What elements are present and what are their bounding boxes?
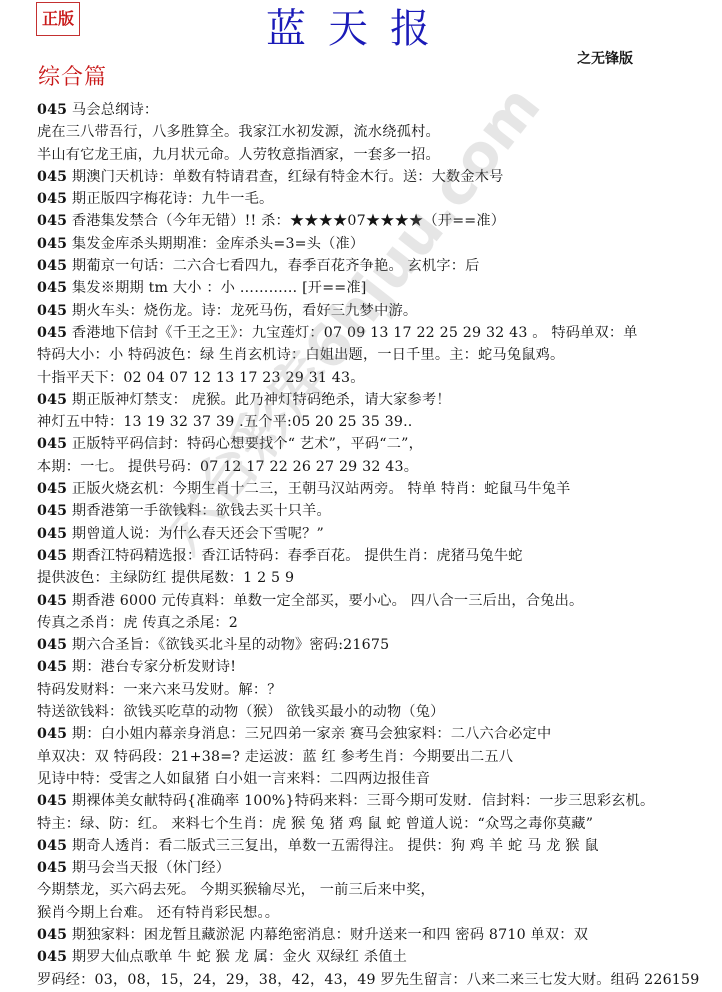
issue-number: 045	[37, 102, 67, 118]
issue-number: 045	[37, 593, 67, 609]
issue-number: 045	[37, 726, 67, 742]
text-line: 045 期裸体美女献特码{准确率 100%}特码来料：三哥今期可发财．信封料：一…	[37, 790, 717, 812]
text-line: 045 正版火烧玄机：今期生肖十二三，王朝马汉站两旁。 特单 特肖：蛇鼠马牛兔羊	[37, 478, 717, 500]
line-text: 正版火烧玄机：今期生肖十二三，王朝马汉站两旁。 特单 特肖：蛇鼠马牛兔羊	[67, 481, 570, 497]
text-line: 045 期六合圣旨：《欲钱买北斗星的动物》密码:21675	[37, 634, 717, 656]
newspaper-title: 蓝天报	[266, 4, 466, 54]
text-line: 见诗中特：受害之人如鼠猪 白小姐一言来料：二四两边报佳音	[37, 768, 717, 790]
authentic-edition-badge: 正版	[36, 2, 80, 36]
text-line: 特码发财料：一来六来马发财。解：？	[37, 679, 717, 701]
text-line: 提供波色：主绿防红 提供尾数：1 2 5 9	[37, 567, 717, 589]
line-text: 神灯五中特：13 19 32 37 39 .五个平:05 20 25 35 39…	[37, 414, 413, 430]
text-line: 045 期香江特码精选报：香江话特码：春季百花。 提供生肖：虎猪马兔牛蛇	[37, 545, 717, 567]
text-line: 神灯五中特：13 19 32 37 39 .五个平:05 20 25 35 39…	[37, 411, 717, 433]
text-line: 045 期：港台专家分析发财诗!	[37, 656, 717, 678]
line-text: 期香江特码精选报：香江话特码：春季百花。 提供生肖：虎猪马兔牛蛇	[67, 548, 522, 564]
text-line: 045 期曾道人说：为什么春天还会下雪呢？”	[37, 523, 717, 545]
line-text: 期：白小姐内幕亲身消息：三兄四弟一家亲 赛马会独家料：二八六合必定中	[67, 726, 551, 742]
text-line: 045 集发※期期 tm 大小 ：小 ………… [开==准]	[37, 277, 717, 299]
text-line: 特码大小：小 特码波色：绿 生肖玄机诗：白姐出题，一日千里。主：蛇马兔鼠鸡。	[37, 344, 717, 366]
issue-number: 045	[37, 860, 67, 876]
line-text: 正版特平码信封：特码心想要找个“ 艺术”，平码“二”，	[67, 436, 423, 452]
text-line: 045 期奇人透肖：看二版式三三复出，单数一五需得注。 提供：狗 鸡 羊 蛇 马…	[37, 835, 717, 857]
issue-number: 045	[37, 236, 67, 252]
text-line: 今期禁龙，买六码去死。 今期买猴输尽光， 一前三后来中奖，	[37, 879, 717, 901]
text-line: 045 期香港第一手欲钱料：欲钱去买十只羊。	[37, 500, 717, 522]
issue-number: 045	[37, 280, 67, 296]
text-line: 045 马会总纲诗：	[37, 99, 717, 121]
text-line: 本期：一七。 提供号码：07 12 17 22 26 27 29 32 43。	[37, 456, 717, 478]
line-text: 期香港 6000 元传真料：单数一定全部买，要小心。 四八合一三后出，合兔出。	[67, 593, 583, 609]
issue-number: 045	[37, 325, 67, 341]
issue-number: 045	[37, 949, 67, 965]
line-text: 期火车头：烧伤龙。诗：龙死马伤，看好三九梦中游。	[67, 303, 417, 319]
line-text: 期奇人透肖：看二版式三三复出，单数一五需得注。 提供：狗 鸡 羊 蛇 马 龙 猴…	[67, 838, 599, 854]
text-line: 传真之杀肖：虎 传真之杀尾：2	[37, 612, 717, 634]
line-text: 期正版四字梅花诗：九牛一毛。	[67, 191, 273, 207]
text-line: 猴肖今期上台难。 还有特肖彩民想。。	[37, 902, 717, 924]
text-line: 特主：绿、防：红。 来料七个生肖：虎 猴 兔 猪 鸡 鼠 蛇 曾道人说：“众骂之…	[37, 813, 717, 835]
line-text: 集发金库杀头期期准：金库杀头=3=头（准）	[67, 236, 364, 252]
issue-number: 045	[37, 927, 67, 943]
line-text: 虎在三八带吾行，八多胜算全。我家江水初发源，流水绕孤村。	[37, 124, 440, 140]
line-text: 期马会当天报（休门经）	[67, 860, 230, 876]
line-text: 期曾道人说：为什么春天还会下雪呢？”	[67, 526, 324, 542]
text-line: 045 期葡京一句话：二六合七看四九，春季百花齐争艳。 玄机字：后	[37, 255, 717, 277]
text-line: 045 期香港 6000 元传真料：单数一定全部买，要小心。 四八合一三后出，合…	[37, 590, 717, 612]
issue-number: 045	[37, 392, 67, 408]
line-text: 期独家料：困龙暂且藏淤泥 内幕绝密消息：财升送来一和四 密码 8710 单双：双	[67, 927, 588, 943]
line-text: 期正版神灯禁支： 虎猴。此乃神灯特码绝杀，请大家参考！	[67, 392, 451, 408]
line-text: 特主：绿、防：红。 来料七个生肖：虎 猴 兔 猪 鸡 鼠 蛇 曾道人说：“众骂之…	[37, 816, 593, 832]
line-text: 特送欲钱料：欲钱买吃草的动物（猴） 欲钱买最小的动物（兔）	[37, 704, 445, 720]
text-line: 045 期澳门天机诗：单数有特请君查，红绿有特金木行。送：大数金木号	[37, 166, 717, 188]
issue-number: 045	[37, 213, 67, 229]
line-text: 半山有它龙王庙，九月状元命。人劳牧意指酒家，一套多一招。	[37, 147, 440, 163]
text-line: 半山有它龙王庙，九月状元命。人劳牧意指酒家，一套多一招。	[37, 144, 717, 166]
line-text: 猴肖今期上台难。 还有特肖彩民想。。	[37, 905, 279, 921]
line-text: 马会总纲诗：	[67, 102, 158, 118]
text-line: 045 香港地下信封《千王之王》：九宝莲灯：07 09 13 17 22 25 …	[37, 322, 717, 344]
text-line: 045 期：白小姐内幕亲身消息：三兄四弟一家亲 赛马会独家料：二八六合必定中	[37, 723, 717, 745]
text-line: 045 期罗大仙点歌单 牛 蛇 猴 龙 属：金火 双绿红 杀值土	[37, 946, 717, 968]
line-text: 今期禁龙，买六码去死。 今期买猴输尽光， 一前三后来中奖，	[37, 882, 435, 898]
line-text: 期六合圣旨：《欲钱买北斗星的动物》密码:21675	[67, 637, 389, 653]
issue-number: 045	[37, 258, 67, 274]
text-line: 045 期火车头：烧伤龙。诗：龙死马伤，看好三九梦中游。	[37, 300, 717, 322]
article-body: 045 马会总纲诗：虎在三八带吾行，八多胜算全。我家江水初发源，流水绕孤村。半山…	[37, 99, 717, 991]
line-text: 香港集发禁合（今年无错）!! 杀：★★★★07★★★★（开==准）	[67, 213, 505, 229]
issue-number: 045	[37, 548, 67, 564]
section-heading: 综合篇	[38, 60, 107, 91]
line-text: 期：港台专家分析发财诗!	[67, 659, 236, 675]
line-text: 期香港第一手欲钱料：欲钱去买十只羊。	[67, 503, 331, 519]
line-text: 提供波色：主绿防红 提供尾数：1 2 5 9	[37, 570, 294, 586]
line-text: 特码大小：小 特码波色：绿 生肖玄机诗：白姐出题，一日千里。主：蛇马兔鼠鸡。	[37, 347, 564, 363]
line-text: 期裸体美女献特码{准确率 100%}特码来料：三哥今期可发财．信封料：一步三思彩…	[67, 793, 654, 809]
text-line: 十指平天下：02 04 07 12 13 17 23 29 31 43。	[37, 367, 717, 389]
issue-number: 045	[37, 637, 67, 653]
text-line: 045 香港集发禁合（今年无错）!! 杀：★★★★07★★★★（开==准）	[37, 210, 717, 232]
line-text: 罗码经：03，08，15，24，29，38，42，43，49 罗先生留言：八来二…	[37, 972, 699, 988]
line-text: 传真之杀肖：虎 传真之杀尾：2	[37, 615, 238, 631]
issue-number: 045	[37, 436, 67, 452]
issue-number: 045	[37, 526, 67, 542]
text-line: 单双决：双 特码段：21+38=? 走运波：蓝 红 参考生肖：今期要出二五八	[37, 746, 717, 768]
line-text: 集发※期期 tm 大小 ：小 ………… [开==准]	[67, 280, 366, 296]
issue-number: 045	[37, 793, 67, 809]
line-text: 十指平天下：02 04 07 12 13 17 23 29 31 43。	[37, 370, 365, 386]
issue-number: 045	[37, 191, 67, 207]
line-text: 香港地下信封《千王之王》：九宝莲灯：07 09 13 17 22 25 29 3…	[67, 325, 637, 341]
edition-label: 之无锋版	[577, 48, 633, 68]
line-text: 本期：一七。 提供号码：07 12 17 22 26 27 29 32 43。	[37, 459, 418, 475]
text-line: 特送欲钱料：欲钱买吃草的动物（猴） 欲钱买最小的动物（兔）	[37, 701, 717, 723]
text-line: 045 集发金库杀头期期准：金库杀头=3=头（准）	[37, 233, 717, 255]
line-text: 特码发财料：一来六来马发财。解：？	[37, 682, 282, 698]
line-text: 期澳门天机诗：单数有特请君查，红绿有特金木行。送：大数金木号	[67, 169, 503, 185]
issue-number: 045	[37, 481, 67, 497]
text-line: 045 期独家料：困龙暂且藏淤泥 内幕绝密消息：财升送来一和四 密码 8710 …	[37, 924, 717, 946]
issue-number: 045	[37, 169, 67, 185]
issue-number: 045	[37, 503, 67, 519]
text-line: 045 期正版神灯禁支： 虎猴。此乃神灯特码绝杀，请大家参考！	[37, 389, 717, 411]
issue-number: 045	[37, 838, 67, 854]
text-line: 045 期马会当天报（休门经）	[37, 857, 717, 879]
line-text: 期葡京一句话：二六合七看四九，春季百花齐争艳。 玄机字：后	[67, 258, 479, 274]
issue-number: 045	[37, 659, 67, 675]
text-line: 罗码经：03，08，15，24，29，38，42，43，49 罗先生留言：八来二…	[37, 969, 717, 991]
line-text: 见诗中特：受害之人如鼠猪 白小姐一言来料：二四两边报佳音	[37, 771, 430, 787]
issue-number: 045	[37, 303, 67, 319]
text-line: 045 期正版四字梅花诗：九牛一毛。	[37, 188, 717, 210]
text-line: 虎在三八带吾行，八多胜算全。我家江水初发源，流水绕孤村。	[37, 121, 717, 143]
line-text: 单双决：双 特码段：21+38=? 走运波：蓝 红 参考生肖：今期要出二五八	[37, 749, 513, 765]
line-text: 期罗大仙点歌单 牛 蛇 猴 龙 属：金火 双绿红 杀值土	[67, 949, 407, 965]
text-line: 045 正版特平码信封：特码心想要找个“ 艺术”，平码“二”，	[37, 433, 717, 455]
